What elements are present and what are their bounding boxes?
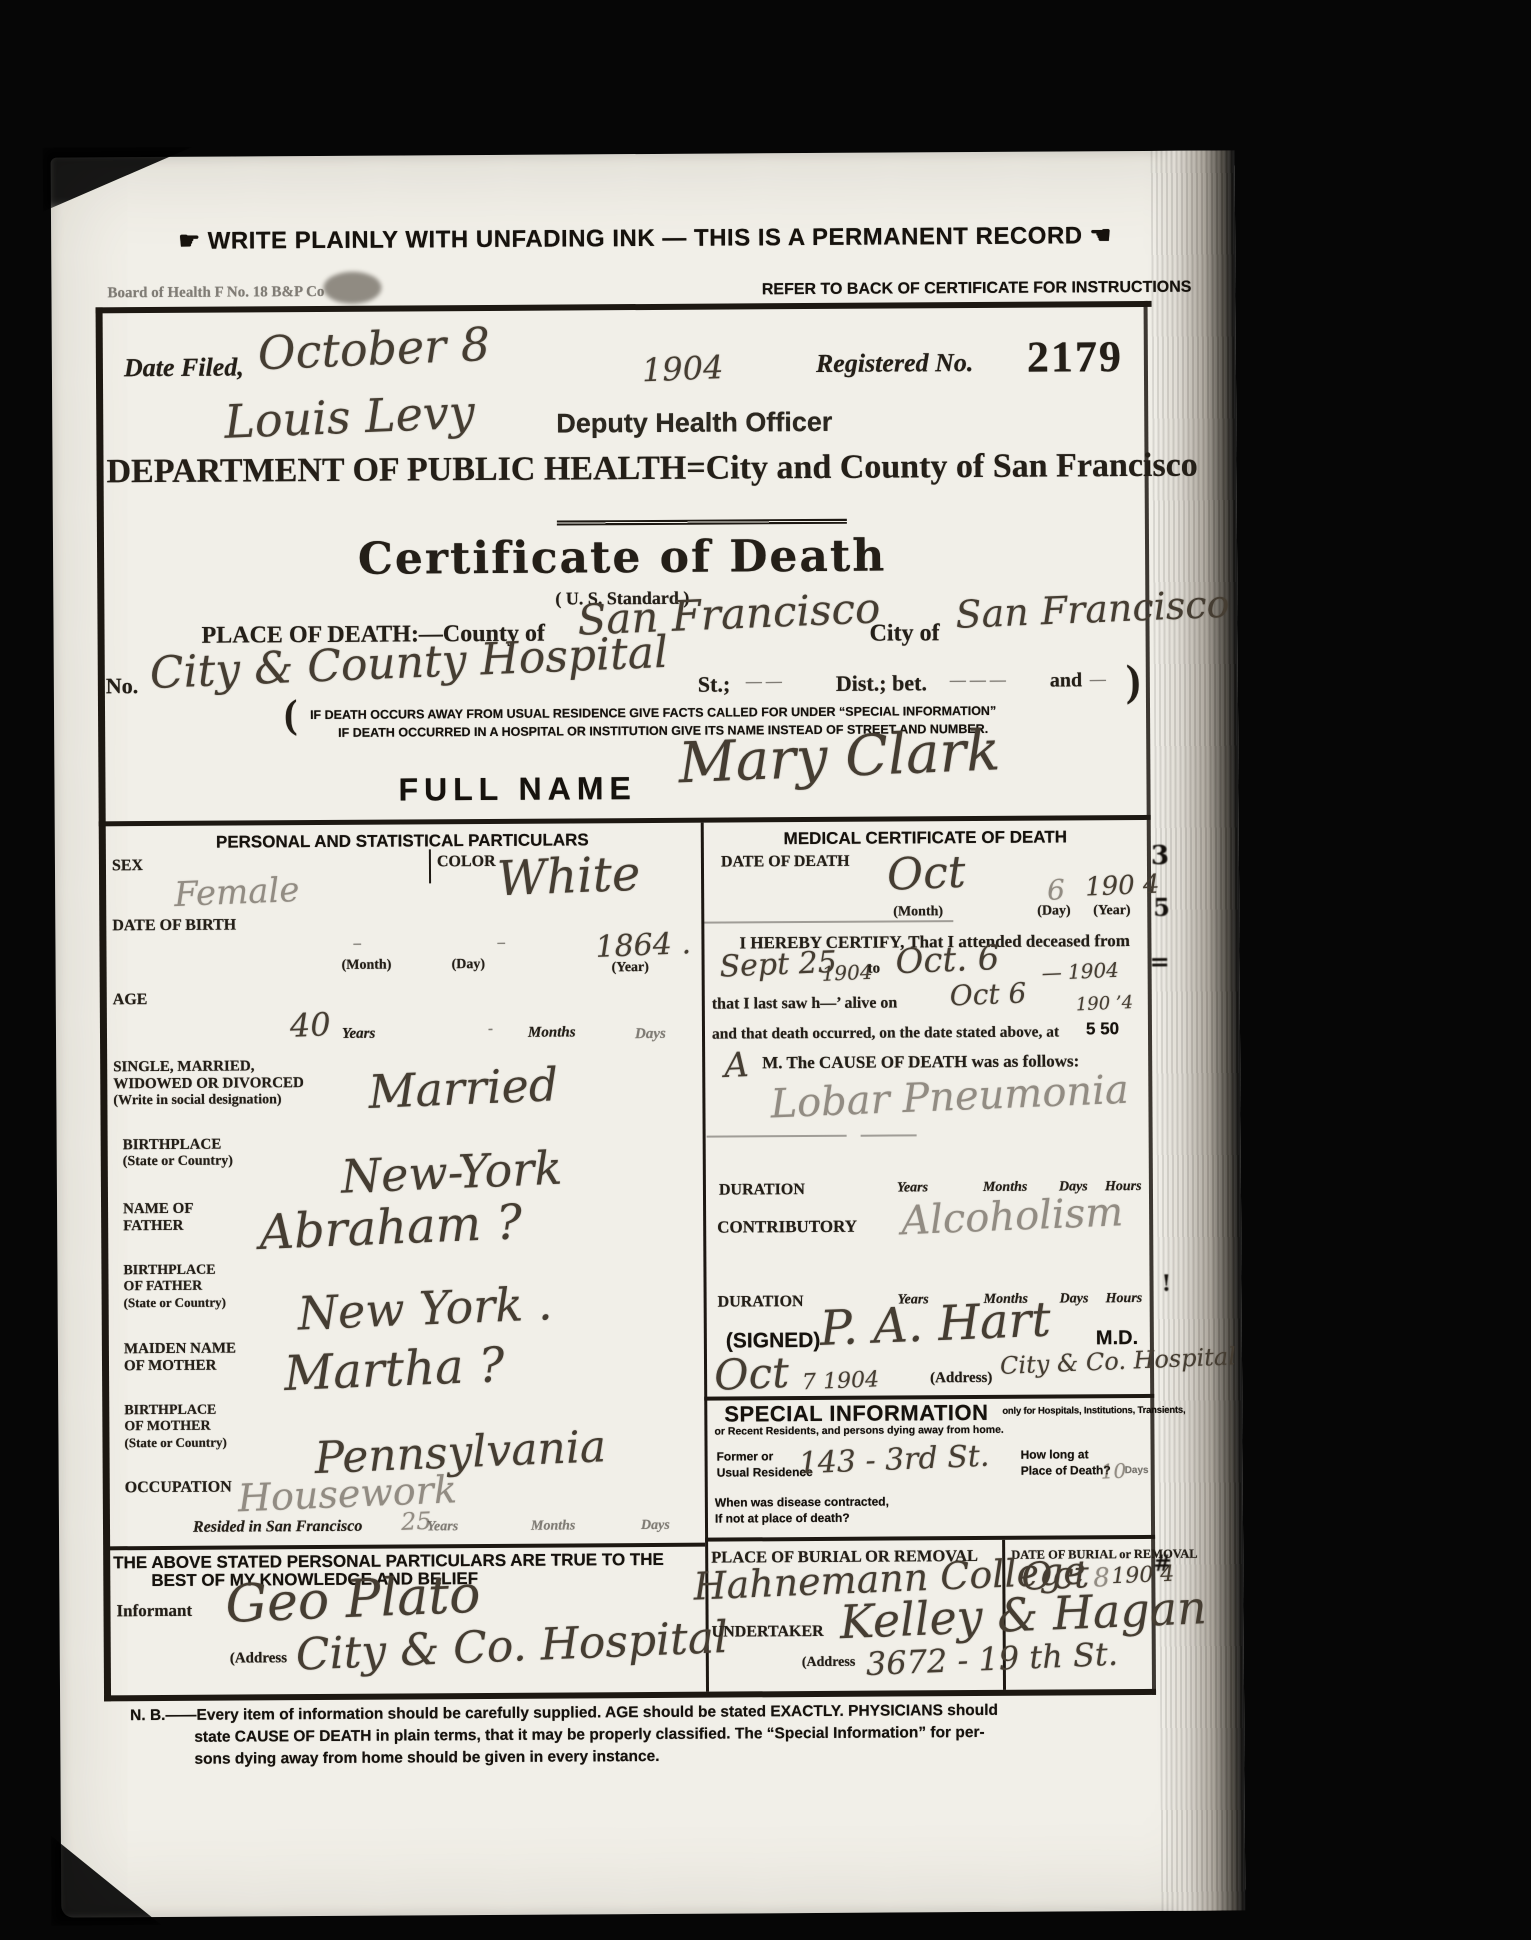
column-divider <box>701 823 709 1692</box>
contributory-value: Alcoholism <box>900 1189 1124 1244</box>
footer-note-line-1: N. B.——Every item of information should … <box>130 1702 998 1725</box>
father-bp-label-1: BIRTHPLACE <box>123 1263 215 1280</box>
scanned-death-certificate: { "banner": { "hand_left": "☛", "text": … <box>0 0 1531 1940</box>
dod-month-label: (Month) <box>893 904 943 920</box>
former-residence-label-1: Former or <box>717 1449 774 1463</box>
mother-bp-label-3: (State or Country) <box>124 1435 226 1452</box>
edge-artifact-4: ! <box>1161 1271 1171 1297</box>
street-no-label: No. <box>106 673 139 699</box>
bottom-rule <box>104 1689 1156 1701</box>
banner-text: WRITE PLAINLY WITH UNFADING INK — THIS I… <box>208 222 1083 254</box>
officer-signature: Louis Levy <box>223 385 476 449</box>
birthplace-sub-label: (State or Country) <box>123 1154 233 1171</box>
full-name-label: FULL NAME <box>398 770 637 808</box>
former-residence-value: 143 - 3rd St. <box>798 1439 990 1482</box>
special-info-note-1: only for Hospitals, Institutions, Transi… <box>1002 1405 1185 1417</box>
informant-address-label: (Address <box>230 1650 287 1667</box>
howlong-days-label: Days <box>1125 1465 1149 1476</box>
marital-label-3: (Write in social designation) <box>113 1092 281 1109</box>
age-months-value: - <box>488 1021 493 1038</box>
dist-bet-label: Dist.; bet. <box>836 670 927 697</box>
undertaker-label: UNDERTAKER <box>712 1623 824 1642</box>
dod-day-label: (Day) <box>1037 903 1071 919</box>
father-name-label-2: FATHER <box>123 1218 183 1235</box>
color-value: White <box>496 846 641 908</box>
certificate-page: ☛ WRITE PLAINLY WITH UNFADING INK — THIS… <box>51 150 1246 1917</box>
mother-name-label-2: OF MOTHER <box>124 1358 216 1376</box>
mother-name-value: Martha ? <box>283 1337 506 1402</box>
dod-label: DATE OF DEATH <box>721 853 850 872</box>
special-rule <box>705 1535 1155 1542</box>
attended-from-value: Sept 25 <box>719 945 838 985</box>
cause-of-death-value: Lobar Pneumonia <box>770 1067 1130 1128</box>
attended-to-value: Oct. 6 <box>895 938 1000 982</box>
residence-note-1: IF DEATH OCCURS AWAY FROM USUAL RESIDENC… <box>310 704 996 722</box>
medical-header: MEDICAL CERTIFICATE OF DEATH <box>704 827 1147 850</box>
footer-note-line-3: sons dying away from home should be give… <box>194 1748 659 1769</box>
and-label: and <box>1050 669 1082 692</box>
duration-label-2: DURATION <box>718 1293 804 1312</box>
refer-line: REFER TO BACK OF CERTIFICATE FOR INSTRUC… <box>727 279 1191 300</box>
sex-color-divider <box>429 849 431 883</box>
occupation-label: OCCUPATION <box>125 1479 232 1498</box>
statement-rule <box>106 1543 705 1551</box>
age-days-label: Days <box>635 1026 666 1043</box>
attended-from-year: 1904 <box>821 960 873 986</box>
mother-bp-label-2: OF MOTHER <box>124 1419 210 1436</box>
registered-no-label: Registered No. <box>816 348 974 379</box>
resided-years-label: Years <box>427 1519 458 1535</box>
date-filed-label: Date Filed, <box>124 352 244 383</box>
father-bp-label-3: (State or Country) <box>124 1295 226 1312</box>
contributory-label: CONTRIBUTORY <box>717 1217 857 1238</box>
sign-date-day-year: 7 1904 <box>802 1367 880 1395</box>
marital-value: Married <box>367 1057 559 1119</box>
resided-months-label: Months <box>531 1518 575 1534</box>
registered-no-value: 2179 <box>1027 331 1123 383</box>
dod-year-value: 190 4 <box>1085 870 1161 903</box>
am-pm-value: A <box>723 1045 749 1086</box>
age-label: AGE <box>113 991 148 1009</box>
dob-label: DATE OF BIRTH <box>112 917 236 936</box>
duration2-days: Days <box>1060 1291 1089 1307</box>
resided-days-label: Days <box>641 1518 670 1534</box>
pointing-hand-right-icon: ☛ <box>178 228 200 255</box>
age-months-label: Months <box>528 1024 576 1041</box>
color-label: COLOR <box>437 853 496 871</box>
to-label: to <box>868 961 881 978</box>
death-time-value: 5 50 <box>1086 1019 1119 1039</box>
full-name-value: Mary Clark <box>677 718 1001 796</box>
scan-shadow-top-left <box>43 147 193 212</box>
mother-name-label-1: MAIDEN NAME <box>124 1341 236 1359</box>
father-name-value: Abraham ? <box>258 1194 523 1261</box>
edge-artifact-2: 5 <box>1153 893 1170 922</box>
sex-value: Female <box>173 870 300 915</box>
father-name-label-1: NAME OF <box>123 1201 194 1218</box>
father-bp-value: New York . <box>297 1276 554 1340</box>
informant-label: Informant <box>116 1601 192 1621</box>
edge-artifact-5: # <box>1153 1551 1172 1577</box>
edge-artifact-1: 3 <box>1151 841 1169 871</box>
dod-day-value: 6 <box>1046 873 1065 907</box>
birthplace-value: New-York <box>340 1141 563 1204</box>
scan-shadow-bottom-left <box>51 1835 162 1926</box>
banner: ☛ WRITE PLAINLY WITH UNFADING INK — THIS… <box>115 221 1175 256</box>
edge-artifact-3: = <box>1149 947 1169 976</box>
date-filed-value: October 8 <box>257 317 491 380</box>
sign-address-label: (Address) <box>930 1370 992 1387</box>
physician-signature: P. A. Hart <box>819 1292 1052 1357</box>
sex-label: SEX <box>112 857 143 875</box>
dod-rule <box>703 920 953 924</box>
bet-blank: — — — <box>950 672 1006 690</box>
fullname-rule <box>99 815 1151 826</box>
marital-label-1: SINGLE, MARRIED, <box>113 1058 254 1076</box>
left-border <box>96 307 112 1701</box>
title-divider <box>557 519 847 526</box>
closing-paren: ) <box>1126 655 1141 706</box>
st-blank: — — <box>746 673 782 691</box>
dob-day-blank: – <box>497 935 505 952</box>
marital-label-2: WIDOWED OR DIVORCED <box>113 1075 304 1093</box>
dod-year-label: (Year) <box>1093 903 1130 919</box>
dod-month-value: Oct <box>886 847 966 901</box>
footer-note-line-2: state CAUSE OF DEATH in plain terms, tha… <box>194 1724 984 1747</box>
date-filed-year: 1904 <box>641 348 724 389</box>
board-of-health-line: Board of Health F No. 18 B&P Co <box>107 284 324 302</box>
howlong-label-2: Place of Death? <box>1021 1463 1111 1478</box>
age-years-label: Years <box>342 1026 375 1043</box>
duration1-years: Years <box>897 1180 928 1196</box>
death-occurred-line: and that death occurred, on the date sta… <box>712 1023 1059 1043</box>
certificate-title: Certificate of Death <box>297 530 947 585</box>
duration-label-1: DURATION <box>719 1181 805 1200</box>
page-stack-edge <box>1151 150 1246 1910</box>
last-saw-year: 190 ’4 <box>1075 992 1133 1015</box>
howlong-label-1: How long at <box>1021 1447 1089 1461</box>
birthplace-label: BIRTHPLACE <box>123 1137 222 1155</box>
cause-rule-1 <box>707 1135 847 1138</box>
father-bp-label-2: OF FATHER <box>123 1279 202 1295</box>
howlong-value: 10 <box>1100 1459 1126 1484</box>
age-value: 40 <box>289 1005 331 1045</box>
stamp-mark <box>323 272 381 304</box>
last-saw-line: that I last saw h—’ alive on <box>712 994 898 1013</box>
dob-month-blank: – <box>353 936 361 953</box>
pointing-hand-left-icon: ☚ <box>1090 222 1112 249</box>
resided-label: Resided in San Francisco <box>193 1518 362 1537</box>
dob-day-label: (Day) <box>452 957 486 973</box>
department-title: DEPARTMENT OF PUBLIC HEALTH=City and Cou… <box>106 447 1136 491</box>
and-blank: — <box>1090 671 1106 689</box>
contracted-label-1: When was disease contracted, <box>715 1495 889 1510</box>
duration2-hours: Hours <box>1106 1291 1143 1307</box>
sign-date-month: Oct <box>713 1348 790 1400</box>
undertaker-address-label: (Address <box>802 1655 856 1671</box>
attended-to-year: — 1904 <box>1041 958 1119 985</box>
special-info-note-2: or Recent Residents, and persons dying a… <box>714 1424 1003 1438</box>
contracted-label-2: If not at place of death? <box>715 1511 850 1526</box>
top-rule <box>96 301 1152 313</box>
opening-paren: ( <box>284 690 298 737</box>
cause-rule-2 <box>861 1134 917 1136</box>
last-saw-date: Oct 6 <box>949 976 1027 1012</box>
dob-year-label: (Year) <box>612 960 649 976</box>
dob-month-label: (Month) <box>342 958 392 974</box>
place-city-label: City of <box>869 620 939 647</box>
st-label: St.; <box>698 671 731 697</box>
officer-title: Deputy Health Officer <box>556 407 832 440</box>
mother-bp-label-1: BIRTHPLACE <box>124 1403 216 1420</box>
